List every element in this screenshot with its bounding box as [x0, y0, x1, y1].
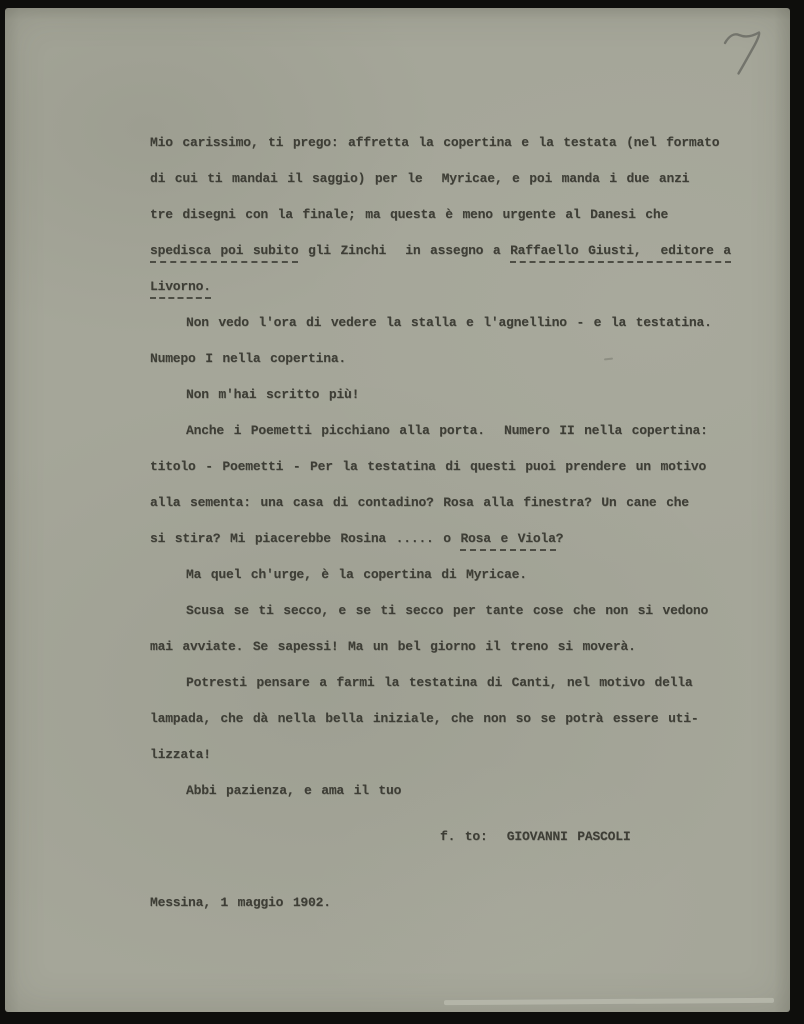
underlined-text: Rosa e Viola — [460, 531, 555, 551]
letter-line: si stira? Mi piacerebbe Rosina ..... o R… — [150, 521, 750, 557]
text-segment: f. to: GIOVANNI PASCOLI — [440, 829, 630, 844]
letter-line: Ma quel ch'urge, è la copertina di Myric… — [150, 557, 750, 593]
letter-line: titolo - Poemetti - Per la testatina di … — [150, 449, 750, 485]
text-segment: ? — [556, 531, 564, 546]
text-segment: titolo - Poemetti - Per la testatina di … — [150, 459, 706, 474]
letter-line: Messina, 1 maggio 1902. — [150, 885, 750, 921]
text-segment: lizzata! — [150, 747, 211, 762]
handwritten-seven-icon — [722, 28, 764, 76]
letter-line: spedisca poi subito gli Zinchi in assegn… — [150, 233, 750, 269]
underlined-text: Livorno. — [150, 279, 211, 299]
scan-background: Mio carissimo, ti prego: affretta la cop… — [0, 0, 804, 1024]
text-segment: si stira? Mi piacerebbe Rosina ..... o — [150, 531, 460, 546]
letter-line: di cui ti mandai il saggio) per le Myric… — [150, 161, 750, 197]
underlined-text: Raffaello Giusti, editore a — [510, 243, 731, 263]
letter-body: Mio carissimo, ti prego: affretta la cop… — [150, 125, 750, 921]
text-segment: Potresti pensare a farmi la testatina di… — [186, 675, 692, 690]
handwritten-page-number — [722, 28, 764, 76]
letter-line: lampada, che dà nella bella iniziale, ch… — [150, 701, 750, 737]
text-segment: tre disegni con la finale; ma questa è m… — [150, 207, 668, 222]
letter-line: lizzata! — [150, 737, 750, 773]
letter-line: Non m'hai scritto più! — [150, 377, 750, 413]
text-segment: lampada, che dà nella bella iniziale, ch… — [150, 711, 699, 726]
text-segment: di cui ti mandai il saggio) per le Myric… — [150, 171, 689, 186]
text-segment: alla sementa: una casa di contadino? Ros… — [150, 495, 689, 510]
letter-line: tre disegni con la finale; ma questa è m… — [150, 197, 750, 233]
letter-line: Potresti pensare a farmi la testatina di… — [150, 665, 750, 701]
text-segment: mai avviate. Se sapessi! Ma un bel giorn… — [150, 639, 636, 654]
text-segment: Abbi pazienza, e ama il tuo — [186, 783, 401, 798]
text-segment: Non m'hai scritto più! — [186, 387, 359, 402]
letter-line: Scusa se ti secco, e se ti secco per tan… — [150, 593, 750, 629]
under-page-edge — [444, 998, 774, 1005]
letter-line: Numepo I nella copertina. — [150, 341, 750, 377]
letter-line: Anche i Poemetti picchiano alla porta. N… — [150, 413, 750, 449]
paper: Mio carissimo, ti prego: affretta la cop… — [5, 8, 790, 1012]
text-segment: Anche i Poemetti picchiano alla porta. N… — [186, 423, 708, 438]
letter-line: f. to: GIOVANNI PASCOLI — [150, 819, 750, 855]
text-segment: Mio carissimo, ti prego: affretta la cop… — [150, 135, 719, 150]
letter-line: mai avviate. Se sapessi! Ma un bel giorn… — [150, 629, 750, 665]
letter-line: Non vedo l'ora di vedere la stalla e l'a… — [150, 305, 750, 341]
text-segment: gli Zinchi in assegno a — [298, 243, 510, 258]
letter-line: Livorno. — [150, 269, 750, 305]
underlined-text: spedisca poi subito — [150, 243, 298, 263]
letter-line: Mio carissimo, ti prego: affretta la cop… — [150, 125, 750, 161]
text-segment: Numepo I nella copertina. — [150, 351, 346, 366]
letter-line: alla sementa: una casa di contadino? Ros… — [150, 485, 750, 521]
text-segment: Ma quel ch'urge, è la copertina di Myric… — [186, 567, 527, 582]
text-segment: Messina, 1 maggio 1902. — [150, 895, 331, 910]
letter-line: Abbi pazienza, e ama il tuo — [150, 773, 750, 809]
text-segment: Non vedo l'ora di vedere la stalla e l'a… — [186, 315, 712, 330]
text-segment: Scusa se ti secco, e se ti secco per tan… — [186, 603, 708, 618]
